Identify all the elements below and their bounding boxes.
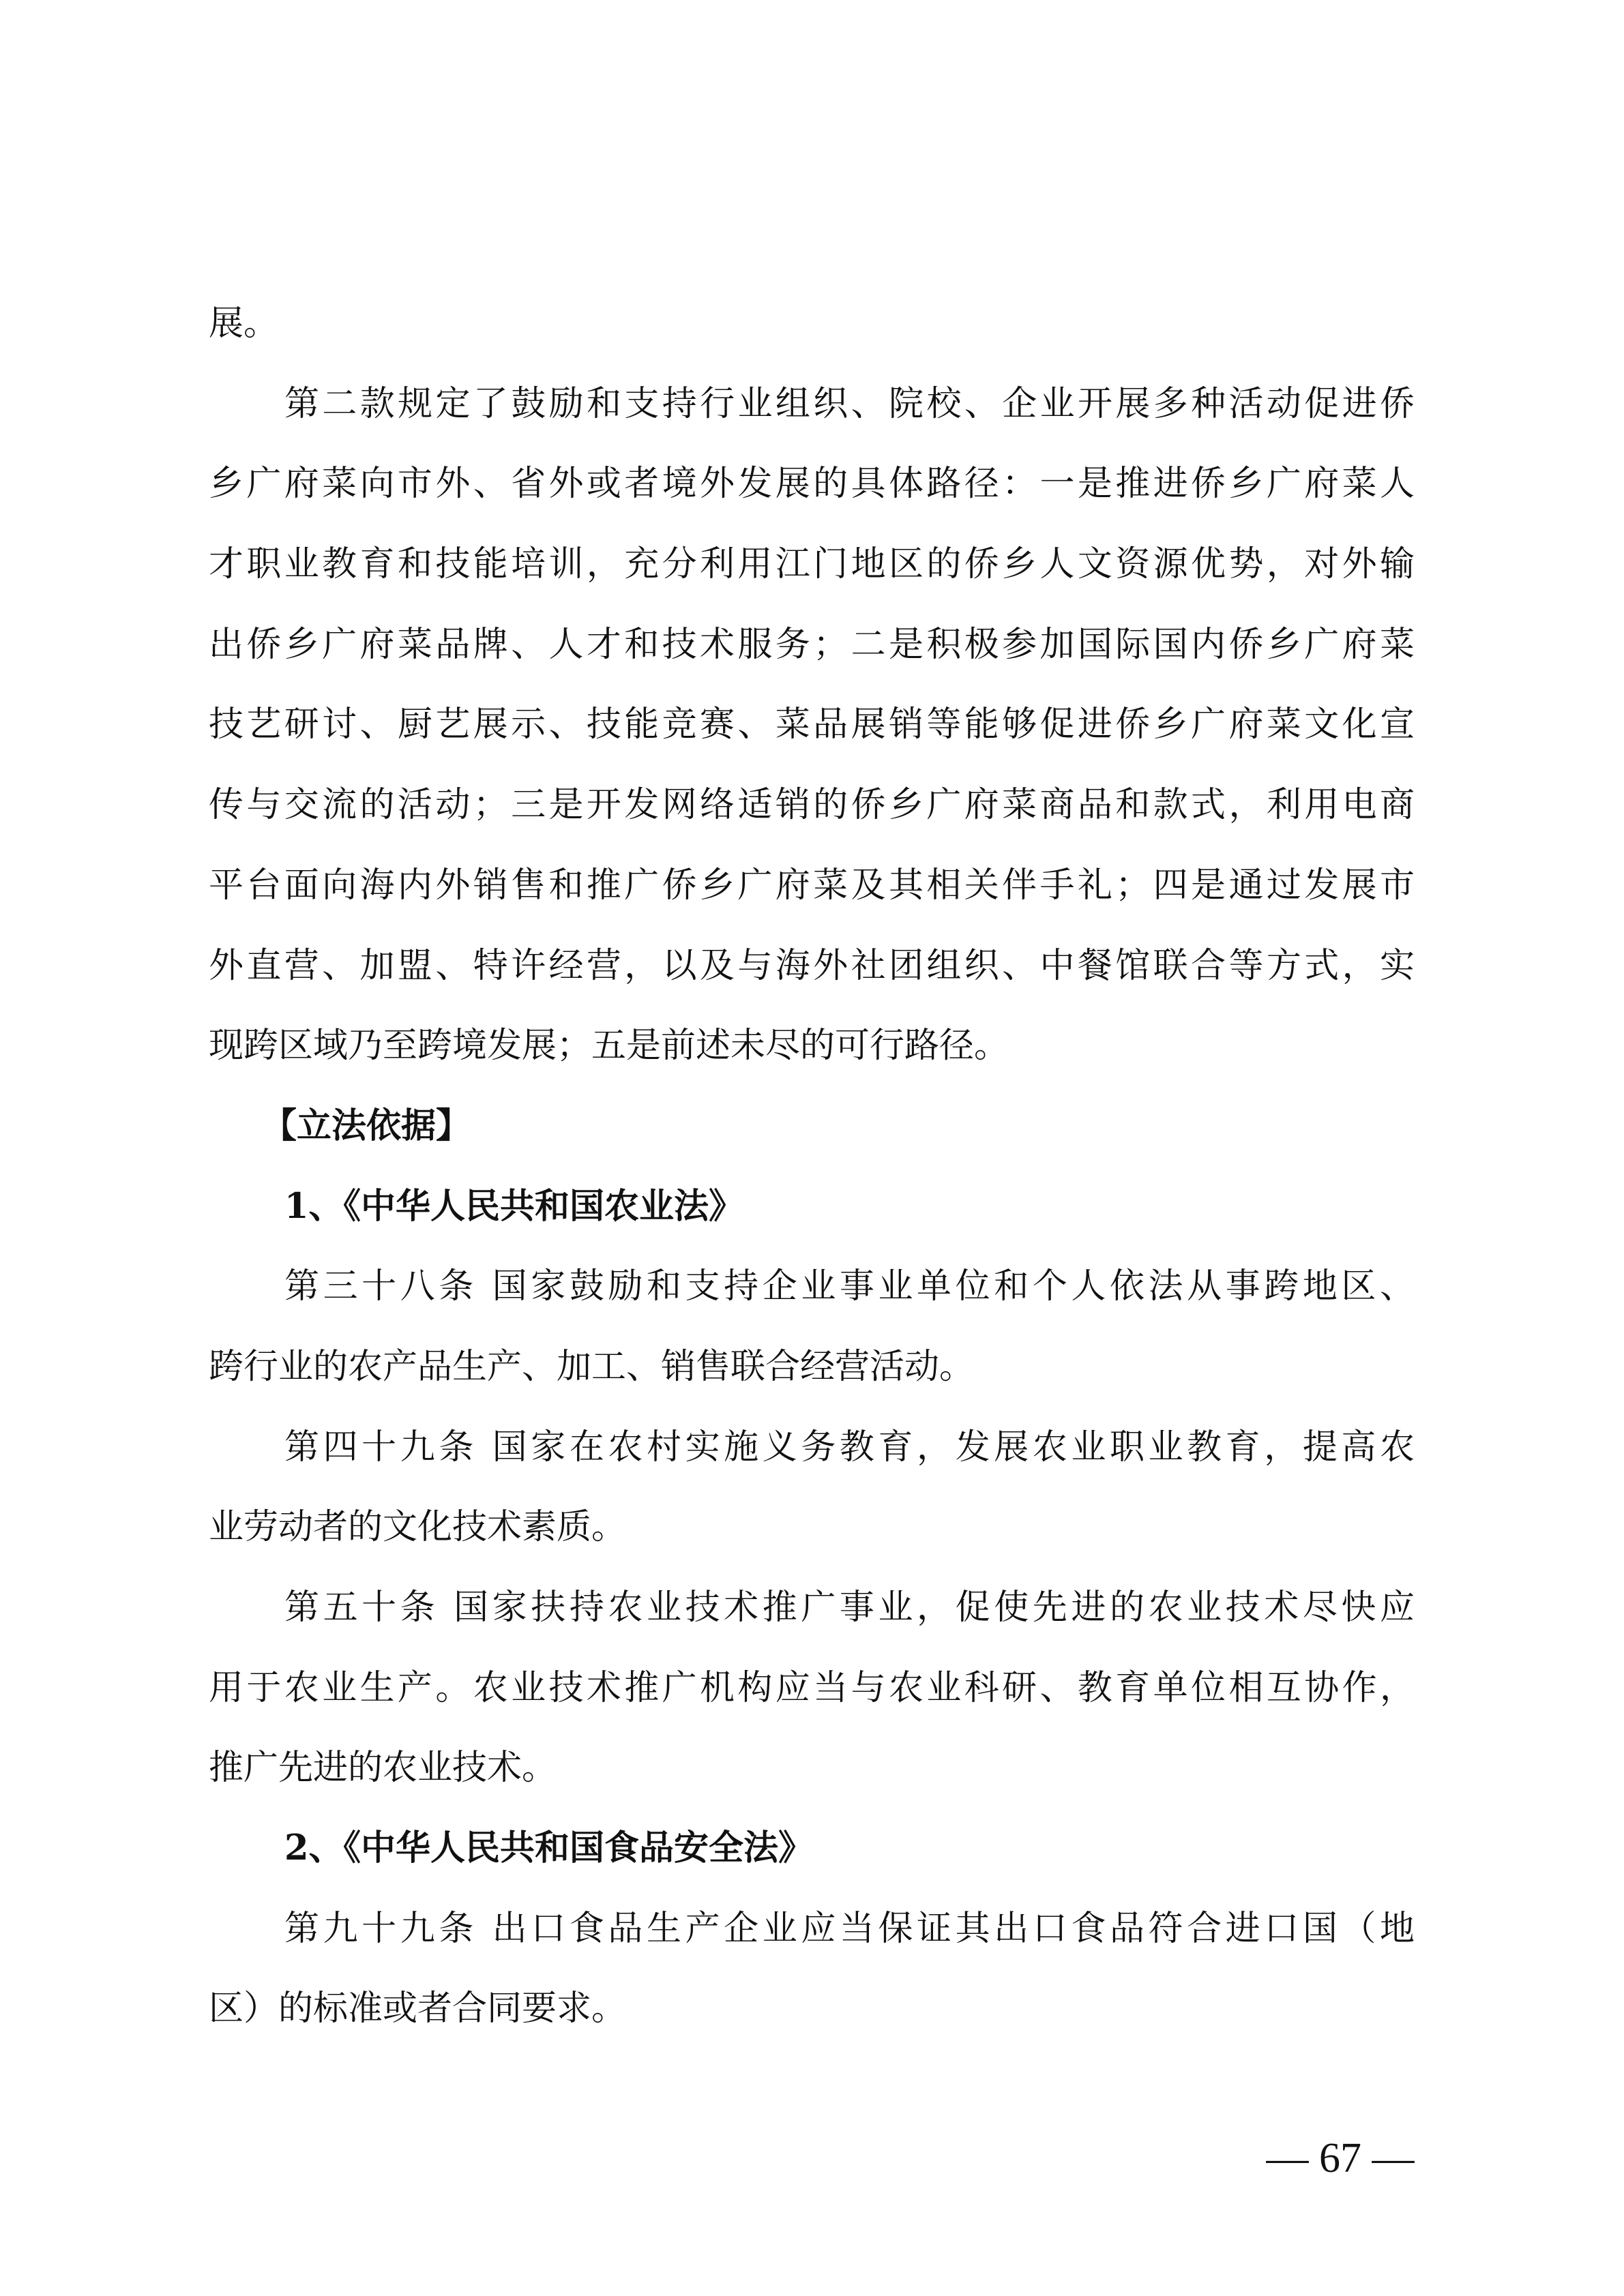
page-body: 展。 第二款规定了鼓励和支持行业组织、院校、企业开展多种活动促进侨 乡广府菜向市… [209,284,1415,2049]
paragraph-continuation-line: 展。 [209,284,1415,364]
article-line: 跨行业的农产品生产、加工、销售联合经营活动。 [209,1327,1415,1407]
page-number: — 67 — [1255,2131,1426,2186]
paragraph-line: 传与交流的活动；三是开发网络适销的侨乡广府菜商品和款式，利用电商 [209,765,1415,846]
article-line: 第九十九条 出口食品生产企业应当保证其出口食品符合进口国（地 [209,1889,1415,1969]
article-line: 区）的标准或者合同要求。 [209,1969,1415,2049]
section-heading-legislative-basis: 【立法依据】 [209,1086,1415,1167]
article-line: 业劳动者的文化技术素质。 [209,1487,1415,1568]
law-heading-food-safety-law: 2、《中华人民共和国食品安全法》 [209,1808,1415,1889]
document-page: 展。 第二款规定了鼓励和支持行业组织、院校、企业开展多种活动促进侨 乡广府菜向市… [0,0,1624,2296]
article-line: 第四十九条 国家在农村实施义务教育，发展农业职业教育，提高农 [209,1407,1415,1488]
article-line: 第三十八条 国家鼓励和支持企业事业单位和个人依法从事跨地区、 [209,1247,1415,1327]
paragraph-line: 乡广府菜向市外、省外或者境外发展的具体路径：一是推进侨乡广府菜人 [209,444,1415,524]
paragraph-line: 才职业教育和技能培训，充分利用江门地区的侨乡人文资源优势，对外输 [209,524,1415,605]
paragraph-line: 平台面向海内外销售和推广侨乡广府菜及其相关伴手礼；四是通过发展市 [209,846,1415,926]
paragraph-line: 现跨区域乃至跨境发展；五是前述未尽的可行路径。 [209,1006,1415,1086]
article-line: 第五十条 国家扶持农业技术推广事业，促使先进的农业技术尽快应 [209,1568,1415,1648]
paragraph-line: 外直营、加盟、特许经营，以及与海外社团组织、中餐馆联合等方式，实 [209,926,1415,1007]
article-line: 用于农业生产。农业技术推广机构应当与农业科研、教育单位相互协作， [209,1648,1415,1729]
article-line: 推广先进的农业技术。 [209,1728,1415,1808]
law-heading-agriculture-law: 1、《中华人民共和国农业法》 [209,1167,1415,1247]
paragraph-line: 出侨乡广府菜品牌、人才和技术服务；二是积极参加国际国内侨乡广府菜 [209,605,1415,685]
paragraph-line: 技艺研讨、厨艺展示、技能竞赛、菜品展销等能够促进侨乡广府菜文化宣 [209,685,1415,765]
paragraph-line: 第二款规定了鼓励和支持行业组织、院校、企业开展多种活动促进侨 [209,364,1415,445]
